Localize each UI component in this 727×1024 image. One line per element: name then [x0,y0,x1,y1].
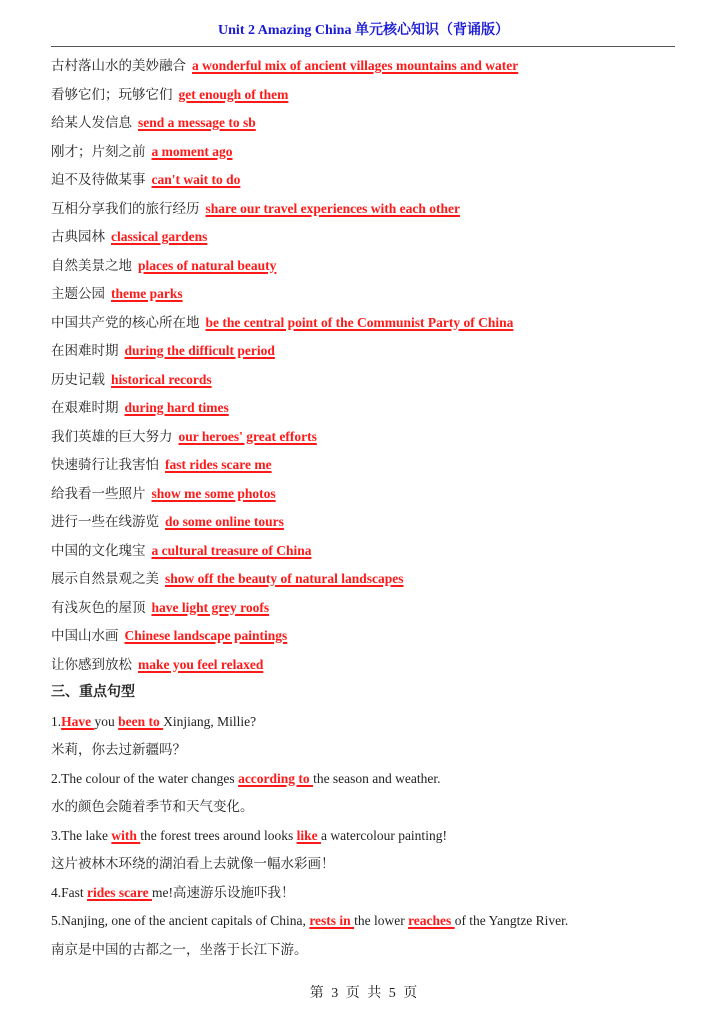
key-word: according to [238,771,313,786]
phrase-cn: 中国共产党的核心所在地 [51,315,200,330]
document-title: Unit 2 Amazing China 单元核心知识（背诵版） [0,19,727,39]
phrase-row: 古村落山水的美妙融合a wonderful mix of ancient vil… [51,52,681,81]
phrase-en: a moment ago [152,144,233,159]
phrase-row: 中国共产党的核心所在地be the central point of the C… [51,309,681,338]
key-word: reaches [408,913,455,928]
phrase-cn: 给某人发信息 [51,115,132,130]
phrase-en: a wonderful mix of ancient villages moun… [192,58,518,73]
sentence-text: a watercolour painting! [321,828,447,843]
document-body: 古村落山水的美妙融合a wonderful mix of ancient vil… [51,52,681,964]
phrase-row: 历史记载historical records [51,366,681,395]
phrase-row: 刚才；片刻之前a moment ago [51,138,681,167]
phrase-en: send a message to sb [138,115,256,130]
phrase-en: classical gardens [111,229,207,244]
phrase-row: 中国山水画Chinese landscape paintings [51,622,681,651]
sentence-2-translation: 水的颜色会随着季节和天气变化。 [51,793,681,822]
phrase-row: 我们英雄的巨大努力our heroes' great efforts [51,423,681,452]
phrase-en: do some online tours [165,514,284,529]
header-divider [51,46,675,47]
phrase-en: Chinese landscape paintings [125,628,288,643]
sentence-5-translation: 南京是中国的古都之一，坐落于长江下游。 [51,936,681,965]
phrase-en: fast rides scare me [165,457,272,472]
phrase-cn: 我们英雄的巨大努力 [51,429,173,444]
phrase-row: 让你感到放松make you feel relaxed [51,651,681,680]
phrase-row: 互相分享我们的旅行经历share our travel experiences … [51,195,681,224]
phrase-cn: 快速骑行让我害怕 [51,457,159,472]
sentence-text: 2.The colour of the water changes [51,771,238,786]
sentence-text: the lower [354,913,408,928]
phrase-en: historical records [111,372,212,387]
phrase-row: 给某人发信息send a message to sb [51,109,681,138]
phrase-row: 古典园林classical gardens [51,223,681,252]
sentence-text: the season and weather. [313,771,440,786]
sentence-3-translation: 这片被林木环绕的湖泊看上去就像一幅水彩画！ [51,850,681,879]
sentence-text: me!高速游乐设施吓我！ [152,885,295,900]
phrase-row: 中国的文化瑰宝a cultural treasure of China [51,537,681,566]
phrase-en: a cultural treasure of China [152,543,312,558]
phrase-cn: 展示自然景观之美 [51,571,159,586]
phrase-en: show me some photos [152,486,276,501]
phrase-en: can't wait to do [152,172,241,187]
sentence-5: 5.Nanjing, one of the ancient capitals o… [51,907,681,936]
phrase-cn: 有浅灰色的屋顶 [51,600,146,615]
phrase-row: 在艰难时期during hard times [51,394,681,423]
phrase-cn: 刚才；片刻之前 [51,144,146,159]
phrase-cn: 给我看一些照片 [51,486,146,501]
phrase-en: theme parks [111,286,183,301]
sentence-text: of the Yangtze River. [455,913,569,928]
sentence-text: 4.Fast [51,885,87,900]
phrase-row: 有浅灰色的屋顶have light grey roofs [51,594,681,623]
phrase-en: get enough of them [179,87,289,102]
key-word: like [297,828,321,843]
section-heading: 三、重点句型 [51,679,681,708]
phrase-row: 自然美景之地places of natural beauty [51,252,681,281]
phrase-cn: 历史记载 [51,372,105,387]
sentence-text: 3.The lake [51,828,111,843]
phrase-cn: 中国山水画 [51,628,119,643]
phrase-cn: 在困难时期 [51,343,119,358]
sentence-text: 5.Nanjing, one of the ancient capitals o… [51,913,309,928]
page-number: 第 3 页 共 5 页 [0,982,727,1002]
phrase-en: show off the beauty of natural landscape… [165,571,404,586]
phrase-en: our heroes' great efforts [179,429,317,444]
phrase-row: 进行一些在线游览do some online tours [51,508,681,537]
phrase-en: make you feel relaxed [138,657,263,672]
sentence-4: 4.Fast rides scare me!高速游乐设施吓我！ [51,879,681,908]
phrase-row: 迫不及待做某事can't wait to do [51,166,681,195]
phrase-cn: 自然美景之地 [51,258,132,273]
phrase-en: share our travel experiences with each o… [206,201,460,216]
phrase-row: 给我看一些照片show me some photos [51,480,681,509]
phrase-cn: 互相分享我们的旅行经历 [51,201,200,216]
key-word: with [111,828,140,843]
phrase-cn: 古典园林 [51,229,105,244]
phrase-row: 展示自然景观之美show off the beauty of natural l… [51,565,681,594]
key-word: been to [118,714,163,729]
phrase-cn: 迫不及待做某事 [51,172,146,187]
phrase-cn: 主题公园 [51,286,105,301]
phrase-row: 主题公园theme parks [51,280,681,309]
key-word: Have [61,714,94,729]
phrase-row: 快速骑行让我害怕fast rides scare me [51,451,681,480]
phrase-row: 看够它们；玩够它们get enough of them [51,81,681,110]
phrase-en: during hard times [125,400,229,415]
key-word: rests in [309,913,354,928]
phrase-cn: 在艰难时期 [51,400,119,415]
phrase-cn: 看够它们；玩够它们 [51,87,173,102]
sentence-text: Xinjiang, Millie? [163,714,256,729]
sentence-text: the forest trees around looks [140,828,296,843]
phrase-row: 在困难时期during the difficult period [51,337,681,366]
phrase-cn: 让你感到放松 [51,657,132,672]
phrase-en: be the central point of the Communist Pa… [206,315,514,330]
phrase-cn: 古村落山水的美妙融合 [51,58,186,73]
sentence-1-translation: 米莉，你去过新疆吗？ [51,736,681,765]
phrase-cn: 进行一些在线游览 [51,514,159,529]
sentence-3: 3.The lake with the forest trees around … [51,822,681,851]
sentence-2: 2.The colour of the water changes accord… [51,765,681,794]
phrase-en: places of natural beauty [138,258,276,273]
sentence-1: 1.Have you been to Xinjiang, Millie? [51,708,681,737]
sentence-text: 1. [51,714,61,729]
sentence-text: you [95,714,119,729]
key-word: rides scare [87,885,152,900]
phrase-en: during the difficult period [125,343,275,358]
phrase-en: have light grey roofs [152,600,270,615]
phrase-cn: 中国的文化瑰宝 [51,543,146,558]
